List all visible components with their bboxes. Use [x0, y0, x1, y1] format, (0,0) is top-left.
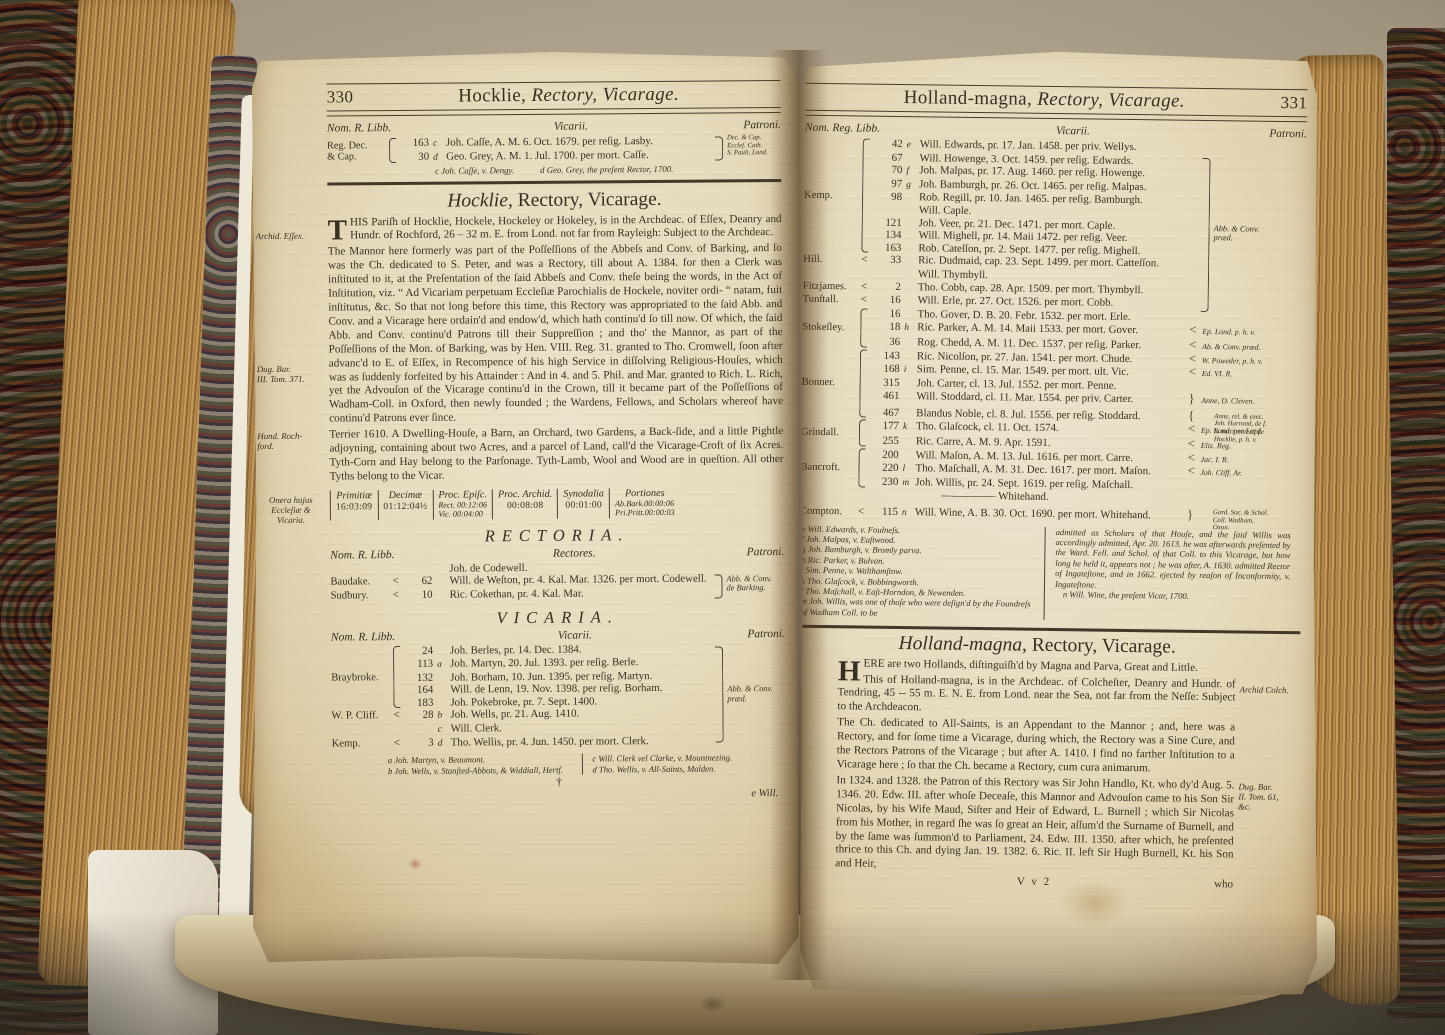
running-title: Holland-magna, Rectory, Vicarage. — [851, 86, 1237, 113]
page-right: Holland-magna, Rectory, Vicarage. 331 No… — [798, 48, 1318, 998]
paragraph: The Ch. dedicated to All-Saints, is an A… — [837, 717, 1236, 778]
vicaria-table: Braybroke. 24Joh. Berles, pr. 14. Dec. 1… — [331, 642, 786, 750]
page-footnotes: a Joh. Martyn, v. Beaumont. b Joh. Wells… — [332, 752, 786, 776]
top-table-footnotes: c Joh. Caſſe, v. Dengy. d Geo. Grey, the… — [327, 163, 781, 177]
angle-mark: < — [392, 575, 402, 588]
margin-note: Dug. Bar. II. Tom. 61, &c. — [1238, 781, 1292, 812]
margin-note: Onera hujus Eccleſiæ & Vicaria. — [258, 494, 324, 525]
patron-brace — [715, 136, 723, 160]
table-row: Kemp. < 3d Tho. Wellis, pr. 4. Jun. 1450… — [332, 734, 712, 751]
footnote-column: c Will. Clerk vel Clarke, v. Mountnezing… — [581, 752, 786, 774]
footnote: d Tho. Wellis, v. All-Saints, Malden. — [592, 763, 778, 775]
gathering-signature: V v 2 — [905, 874, 1163, 889]
angle-mark: < — [858, 505, 868, 518]
onera-col-proc-episc: Proc. Epiſc. Rect. 00:12:06 Vic. 00:04:0… — [432, 489, 492, 519]
footnote-column: a Joh. Martyn, v. Beaumont. b Joh. Wells… — [388, 754, 582, 776]
brace-left — [859, 420, 866, 446]
catchword: who — [1163, 878, 1233, 891]
top-table: Reg. Dec. & Cap. 163 c Joh. Caſſe, A. M.… — [327, 134, 781, 165]
footnote-column: admitted as Scholars of that Houſe, and … — [1044, 527, 1299, 624]
brace-left — [860, 308, 868, 347]
margin-note: Hund. Roch- ford. — [257, 431, 323, 452]
paragraph: Archid. Eſſex. T HIS Pariſh of Hocklie, … — [328, 213, 782, 244]
footnote-continuation: admitted as Scholars of that Houſe, and … — [1055, 527, 1291, 593]
paragraph: Hund. Roch- ford. Terrier 1610. A Dwelli… — [329, 425, 783, 484]
patron-brace — [714, 574, 722, 598]
bishop-label: Grindall. — [801, 427, 859, 439]
vicarii-table: Abb. & Conv. præd. Kemp. 42eWill. Edward… — [800, 137, 1307, 525]
patron-note: Abb. & Conv. præd. — [1213, 224, 1297, 244]
vicaria-heading: VICARIA. — [331, 606, 785, 630]
bishop-label: Kemp. — [804, 189, 862, 201]
patron-register-label: Reg. Dec. & Cap. — [327, 140, 389, 162]
patron-note: Abb. & Conv. de Barking. — [726, 574, 784, 593]
brace-left — [861, 138, 869, 252]
paragraph: Dug. Bar. II. Tom. 61, &c. In 1324. and … — [835, 774, 1234, 877]
brace-left — [858, 448, 866, 488]
onera-col-portiones: Portiones Ab.Bark.00:00:06 Pri.Pritt.00:… — [609, 488, 680, 518]
header-rule-double — [327, 107, 781, 117]
catchword: e Will. — [332, 788, 786, 803]
onera-col-proc-archid: Proc. Archid. 00:08:08 — [492, 489, 557, 519]
col-nom-libb: Nom. R. Libb. — [327, 122, 447, 135]
paragraph: Dug. Bar. III. Tom. 371. The Mannor here… — [328, 242, 783, 426]
top-table-column-heads: Nom. R. Libb. Vicarii. Patroni. — [327, 119, 781, 135]
footnote: m Joh. Willis, was one of thoſe who were… — [801, 596, 1036, 620]
angle-mark: < — [394, 737, 404, 750]
footnote: d Geo. Grey, the preſent Rector, 1700. — [540, 164, 673, 175]
angle-mark: < — [861, 294, 871, 307]
brace-left — [859, 349, 867, 418]
col-patroni: Patroni. — [695, 119, 781, 132]
signature-line: V v 2 who — [835, 873, 1233, 890]
rectoria-column-heads: Nom. R. Libb. Rectores. Patroni. — [330, 546, 784, 562]
onera-table: Onera hujus Eccleſiæ & Vicaria. Primitiæ… — [330, 487, 784, 520]
rectoria-heading: RECTORIA. — [330, 524, 784, 548]
onera-col-decimae: Decimæ 01:12:04½ — [377, 490, 432, 520]
margin-note: Dug. Bar. III. Tom. 371. — [257, 364, 323, 385]
angle-mark: < — [393, 709, 403, 722]
section-heading: Hocklie, Rectory, Vicarage. — [327, 188, 781, 214]
margin-note: Archid Colch. — [1240, 684, 1294, 695]
bishop-label: Stokeſley. — [802, 321, 860, 333]
section-divider-rule — [327, 179, 781, 185]
patron-note: Abb. & Conv. præd. — [727, 684, 785, 703]
patron-note: Dec. & Cap. Eccleſ. Cath. S. Pauli, Lond… — [727, 134, 781, 157]
bishop-label: Bancroft. — [800, 462, 858, 474]
onera-col-primitiae: Primitiæ 16:03:09 — [330, 490, 378, 520]
section-heading: Holland-magna, Rectory, Vicarage. — [838, 632, 1236, 659]
table-row: 30 d Geo. Grey, A. M. 1. Jul. 1700. per … — [399, 148, 711, 164]
running-title: Hocklie, Rectory, Vicarage. — [397, 83, 741, 108]
footnote: c Joh. Caſſe, v. Dengy. — [435, 165, 514, 176]
brace-left — [393, 646, 400, 708]
angle-mark: < — [393, 589, 403, 602]
patron-brace — [715, 647, 724, 743]
rectoria-table: Joh. de Codewell. Baudake. < 62 Will. de… — [330, 560, 784, 603]
angle-mark: < — [861, 254, 871, 267]
margin-note: Archid. Eſſex. — [256, 230, 322, 241]
book-photo: 330 Hocklie, Rectory, Vicarage. Nom. R. … — [0, 0, 1445, 1035]
brace-left — [389, 138, 396, 163]
page-left: 330 Hocklie, Rectory, Vicarage. Nom. R. … — [252, 52, 800, 964]
onera-col-synodalia: Synodalia 00:01:00 — [557, 488, 609, 518]
table-row: Compton.< 115nWill. Wine, A. B. 30. Oct.… — [800, 504, 1302, 525]
paragraph: This of Holland-magna, is in the Archdea… — [837, 673, 1236, 720]
bishop-label: Bonner. — [802, 377, 860, 389]
footnote: b Joh. Wells, v. Stanſted-Abbots, & Widd… — [388, 764, 574, 776]
bishop-label: Braybroke. — [331, 672, 393, 683]
footnote: n Will. Wine, the preſent Vicar, 1700. — [1055, 589, 1290, 602]
page-number: 331 — [1237, 92, 1307, 113]
angle-mark: < — [861, 280, 871, 293]
patron-note-multiline: Gard. Soc. & Schol.Coll. Wadham,Oxon. — [1213, 509, 1305, 533]
running-head-left: 330 Hocklie, Rectory, Vicarage. — [327, 83, 781, 109]
page-number: 330 — [327, 87, 397, 108]
drop-cap: T — [328, 216, 351, 242]
vicaria-column-heads: Nom. R. Libb. Vicarii. Patroni. — [331, 628, 785, 644]
page-footnotes: e Will. Edwards, v. Foulneſs. f Joh. Mal… — [799, 523, 1302, 623]
col-vicarii: Vicarii. — [447, 120, 695, 134]
footnote-column: e Will. Edwards, v. Foulneſs. f Joh. Mal… — [801, 523, 1045, 620]
